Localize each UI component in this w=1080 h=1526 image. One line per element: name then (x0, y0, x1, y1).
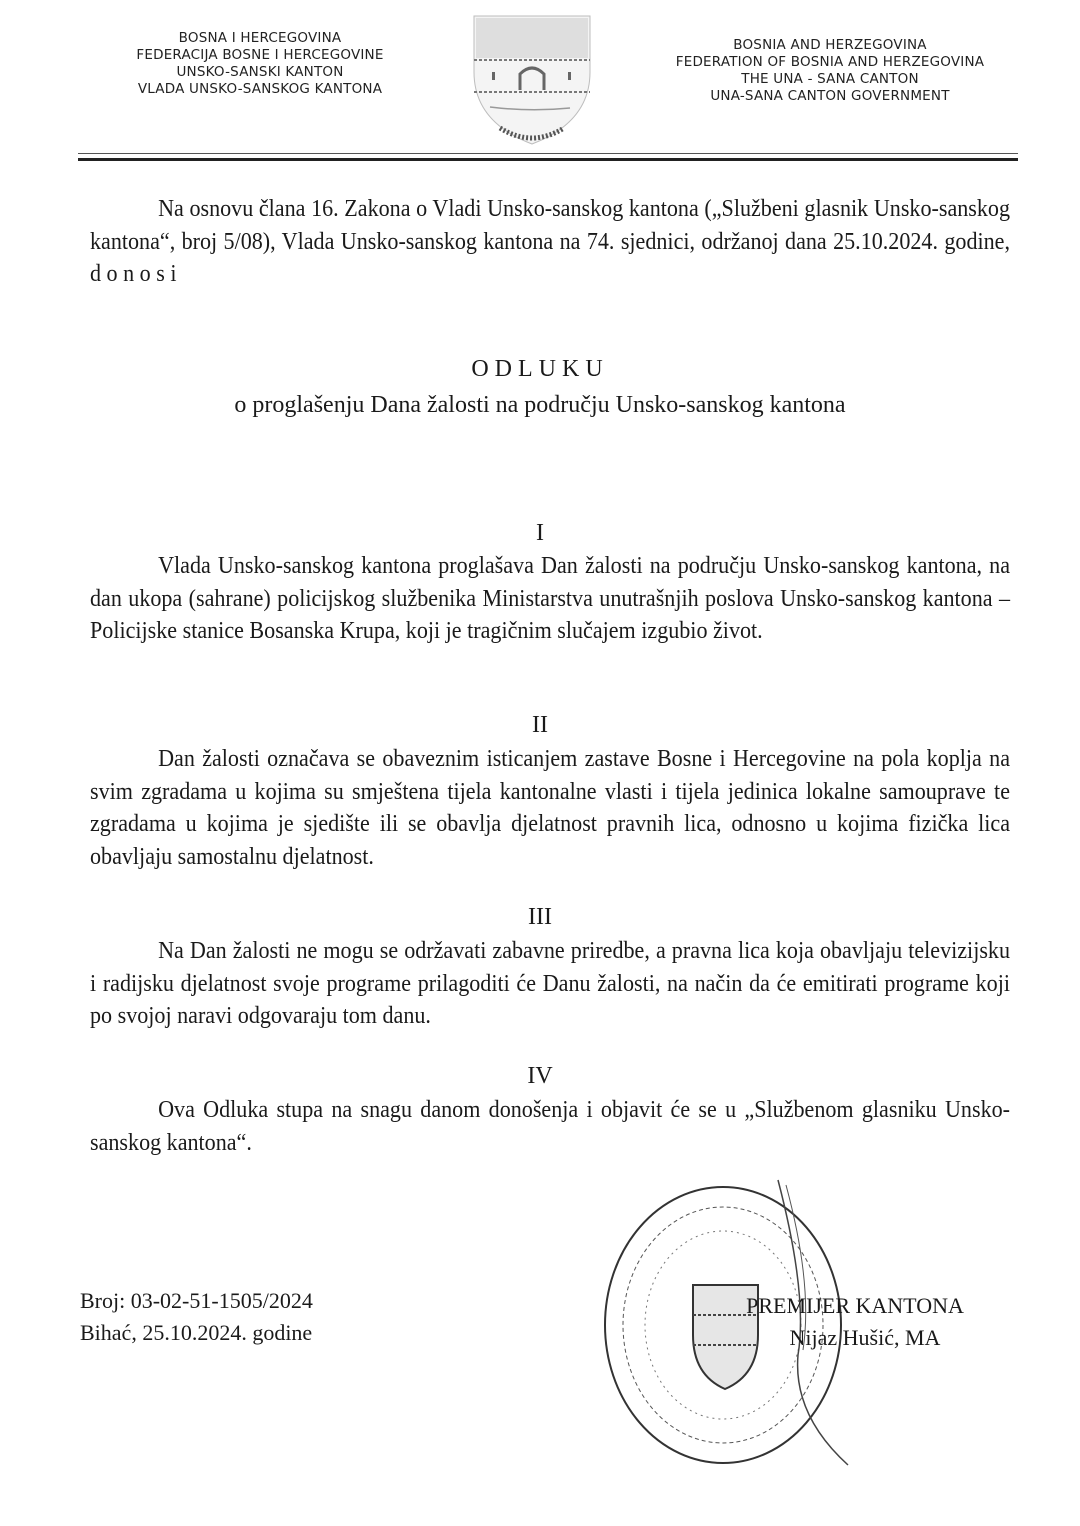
article-numeral: I (0, 520, 1080, 547)
place-and-date: Bihać, 25.10.2024. godine (80, 1317, 313, 1349)
decision-subtitle: o proglašenju Dana žalosti na području U… (0, 392, 1080, 419)
header-right-line: FEDERATION OF BOSNIA AND HERZEGOVINA (640, 54, 1020, 71)
article-text: Na Dan žalosti ne mogu se održavati zaba… (90, 935, 1010, 1033)
article-text: Dan žalosti označava se obaveznim istica… (90, 743, 1010, 873)
header-left-line: UNSKO-SANSKI KANTON (100, 64, 420, 81)
signature-block: PREMIJER KANTONA Nijaz Hušić, MA (735, 1290, 975, 1354)
header-left-line: BOSNA I HERCEGOVINA (100, 30, 420, 47)
header-divider-thin (78, 153, 1018, 154)
header-left-line: FEDERACIJA BOSNE I HERCEGOVINE (100, 47, 420, 64)
article-numeral: II (0, 712, 1080, 739)
article-numeral: III (0, 904, 1080, 931)
article-numeral: IV (0, 1063, 1080, 1090)
preamble-paragraph: Na osnovu člana 16. Zakona o Vladi Unsko… (90, 193, 936, 291)
header-right-line: THE UNA - SANA CANTON (640, 71, 1020, 88)
article-text: Ova Odluka stupa na snagu danom donošenj… (90, 1094, 1010, 1159)
signatory-name: Nijaz Hušić, MA (735, 1322, 975, 1354)
header-divider-thick (78, 158, 1018, 161)
header-right-line: BOSNIA AND HERZEGOVINA (640, 37, 1020, 54)
signatory-title: PREMIJER KANTONA (735, 1290, 975, 1322)
preamble-text: Na osnovu člana 16. Zakona o Vladi Unsko… (90, 193, 1010, 291)
header-right-block: BOSNIA AND HERZEGOVINA FEDERATION OF BOS… (640, 37, 1020, 105)
header-left-line: VLADA UNSKO-SANSKOG KANTONA (100, 81, 420, 98)
header-left-block: BOSNA I HERCEGOVINA FEDERACIJA BOSNE I H… (100, 30, 420, 98)
article-text: Vlada Unsko-sanskog kantona proglašava D… (90, 550, 1010, 648)
header-right-line: UNA-SANA CANTON GOVERNMENT (640, 88, 1020, 105)
document-reference: Broj: 03-02-51-1505/2024 Bihać, 25.10.20… (80, 1285, 313, 1349)
article-paragraph: Vlada Unsko-sanskog kantona proglašava D… (90, 550, 936, 648)
decision-title: ODLUKU (0, 356, 1080, 383)
reference-number: Broj: 03-02-51-1505/2024 (80, 1285, 313, 1317)
coat-of-arms-icon (470, 12, 594, 148)
article-paragraph: Dan žalosti označava se obaveznim istica… (90, 743, 936, 873)
article-paragraph: Ova Odluka stupa na snagu danom donošenj… (90, 1094, 936, 1159)
article-paragraph: Na Dan žalosti ne mogu se održavati zaba… (90, 935, 936, 1033)
